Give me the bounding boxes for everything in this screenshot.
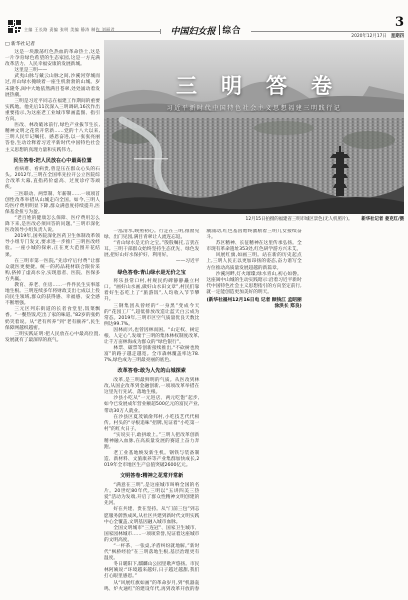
body-paragraph: 林票、碳票等创新接续推出,“不砍树也致富”的路子越走越宽。全市森林覆盖率达78.… xyxy=(104,346,199,364)
body-paragraph: 在三明市第一医院,“先诊疗后付费”让群众就医更便捷。统一的药品耗材联合限价采购,… xyxy=(5,259,100,283)
quote-attribution: ——习近平 xyxy=(104,259,199,265)
body-paragraph: 看病难、看病贵,曾是压在群众心头的石头。2012年,三明在全国率先拉开公立医院综… xyxy=(5,167,100,191)
editor-credits: 主编 王长路 责编 张明 美编 静涛 制作 刘丽君 xyxy=(24,27,115,33)
body-paragraph: 三医联动、两票制、年薪制……一项项首创性改革举措从山城走向全国。如今,三明人均医… xyxy=(5,192,100,216)
paper-name-logo: 中国妇女报 xyxy=(170,24,215,37)
body-paragraph: 医改、林改破冰前行,绿色产业拔节生长,精神文明之花常开常新……党的十八大以来,三… xyxy=(5,123,100,153)
page-number: 3 xyxy=(395,15,404,30)
body-paragraph: 三明是习近平同志在福建工作期间的重要实践地。他先后11次深入三明调研,16次作出… xyxy=(5,99,100,123)
body-paragraph: 三钢集团从曾经的“一身黑”变成今天的“花园工厂”,超低排放改造让蓝天白云成为常态… xyxy=(104,304,199,328)
photo-caption: 12月15日拍摄的福建省三明市城区景色(无人机照片)。新华社记者 姜克红/摄 xyxy=(104,216,404,222)
header-rule-left xyxy=(96,31,161,32)
qr-code xyxy=(8,20,21,33)
section-label: 综合 xyxy=(223,24,242,36)
body-paragraph: 三明实践证明:把人民放在心中最高位置,发展就有了最深厚的底气。 xyxy=(5,332,100,344)
feature-subtitle: 习近平新时代中国特色社会主义思想福建三明践行记 xyxy=(104,103,404,112)
body-paragraph: 这是一块激荡红色热血的革命热土,这是一片孕育绿色希望的生态家园,这是一方充满改革… xyxy=(5,50,100,68)
newspaper-page: 主编 王长路 责编 张明 美编 静涛 制作 刘丽君 中国妇女报 综合 3 202… xyxy=(0,0,408,600)
header-rule-right xyxy=(250,31,404,32)
quote-paragraph: “青山绿水是无价之宝。”殷殷嘱托,言犹在耳。三明干部群众始终坚持生态优先、绿色发… xyxy=(104,241,199,259)
body-paragraph: “满意在三明”,是这座城市叫响全国的名片。20世纪80年代,三明以“五讲四美三热… xyxy=(104,483,199,507)
feature-headline: 三明答卷 xyxy=(116,70,404,100)
quote-paragraph: “实说实干,敢拼敢上。”三明人把改革创新精神融入血脉,在高质量发展的赛道上奋力奔… xyxy=(104,433,199,451)
body-paragraph: 沙县小吃从“一元进店、两元吃饱”起步,如今已发展成年营业额超500亿元的富民产业… xyxy=(104,396,199,414)
caption-text: 12月15日拍摄的福建省三明市城区景色(无人机照片)。 xyxy=(246,217,353,222)
body-paragraph: 2019年,国务院深化医药卫生体制改革领导小组专门发文,要求进一步推广三明医改经… xyxy=(5,234,100,258)
section-subhead: 民生答卷:把人民放在心中最高位置 xyxy=(5,158,100,165)
quote-paragraph: “老百姓的健康怎么保障、医疗费用怎么降下来,是医改必须回答的问题。”三明市深化医… xyxy=(5,216,100,234)
date-text: 2020年12月17日 xyxy=(351,34,387,39)
city-aerial-photo-illustration xyxy=(104,40,404,214)
reporters-credit: (新华社福州12月16日电 记者 顾钱江 孟昭丽 涂洪长 郑良) xyxy=(206,298,301,310)
body-paragraph: 三元区列东街道的长者食堂里,饭菜飘香。“一餐热饭,吃出了家的味道。”82岁的张奶… xyxy=(5,307,100,331)
body-paragraph: 沙溪河畔,灯火璀璨;绿水青山,初心如磐。这座闽中山城的生动实践昭示:沿着习近平新… xyxy=(206,272,301,296)
byline: □ 新华社记者 xyxy=(5,40,100,47)
body-paragraph: 一泓清水,映照初心。行走在三明,推窗见绿、出门见园,满目青翠让人流连忘返。 xyxy=(104,229,199,241)
body-paragraph: 冬日暖阳下,麒麟山公园里歌声悠扬。市民林阿姨说:“环境越来越好,日子越过越甜,我… xyxy=(104,562,199,580)
dateline: 2020年12月17日星期四 xyxy=(351,33,404,39)
body-paragraph: 武夷山脉与戴云山脉之间,沙溪河穿城而过,青山绿水掩映着一座生机勃勃的山城。岁末隆… xyxy=(5,74,100,98)
body-paragraph: 风展红旗,如画三明。站在新的历史起点上,三明人民正以更加昂扬的姿态,奋力谱写全方… xyxy=(206,253,301,271)
quote-paragraph: “一杯茶、一张桌,矛盾纠纷就地解。”新时代“枫桥经验”在三明落地生根,基层治理更… xyxy=(104,544,199,562)
article-body-columns: 一泓清水,映照初心。行走在三明,推窗见绿、出门见园,满目青翠让人流连忘返。“青山… xyxy=(104,229,404,595)
section-subhead: 绿色答卷:青山绿水是无价之宝 xyxy=(104,270,199,277)
hero-photo: 三明答卷 习近平新时代中国特色社会主义思想福建三明践行记 xyxy=(104,40,404,214)
body-paragraph: 老工业基地焕发新生机。钢铁与装备制造、新材料、文旅康养等产业集群加快成长,201… xyxy=(104,451,199,469)
section-subhead: 文明答卷:精神之花常开常新 xyxy=(104,473,199,480)
masthead-divider xyxy=(219,25,220,35)
left-column-text: 这是一块激荡红色热血的革命热土,这是一片孕育绿色希望的生态家园,这是一方充满改革… xyxy=(5,50,100,344)
left-column: □ 新华社记者 这是一块激荡红色热血的革命热土,这是一片孕育绿色希望的生态家园,… xyxy=(5,40,100,593)
body-paragraph: 好在共建、贵在坚持。从“门前三包”到志愿服务蔚然成风,从社区共建到新时代文明实践… xyxy=(104,507,199,525)
body-paragraph: 改革,是三明最鲜明的气质。从医改到林改,从国企改革到金融创新,一项项改革举措在这… xyxy=(104,378,199,396)
body-paragraph: 苏区精神、长征精神在这里传承弘扬。全市现有革命遗址353处,红色研学游方兴未艾。 xyxy=(206,241,301,253)
body-paragraph: 将乐县常口村,村规民约碑静静矗立村口。“画好山水画,做好山水田文章”,村民们靠着… xyxy=(104,279,199,303)
section-subhead: 改革答卷:敢为人先的山城探索 xyxy=(104,368,199,375)
body-paragraph: 在沙县区夏茂镇俞邦村,小吃技艺代代相传。村头的“寻根追味”招牌,见证着“小吃第一… xyxy=(104,415,199,433)
weekday-text: 星期四 xyxy=(391,34,404,39)
masthead: 中国妇女报 综合 xyxy=(161,21,251,39)
body-paragraph: 教育、养老、住房……一件件民生实事落地生根。三明连续多年将财政支出七成以上投向民… xyxy=(5,283,100,307)
body-paragraph: 全国文明城市“三连冠”、国家卫生城市、国家园林城市……一项项荣誉,见证着这座城市… xyxy=(104,526,199,544)
caption-credit: 新华社记者 姜克红/摄 xyxy=(361,217,404,222)
body-paragraph: 因林而兴,也曾因林而困。“山定权、树定根、人定心”,发端于三明的集体林权制度改革… xyxy=(104,328,199,346)
